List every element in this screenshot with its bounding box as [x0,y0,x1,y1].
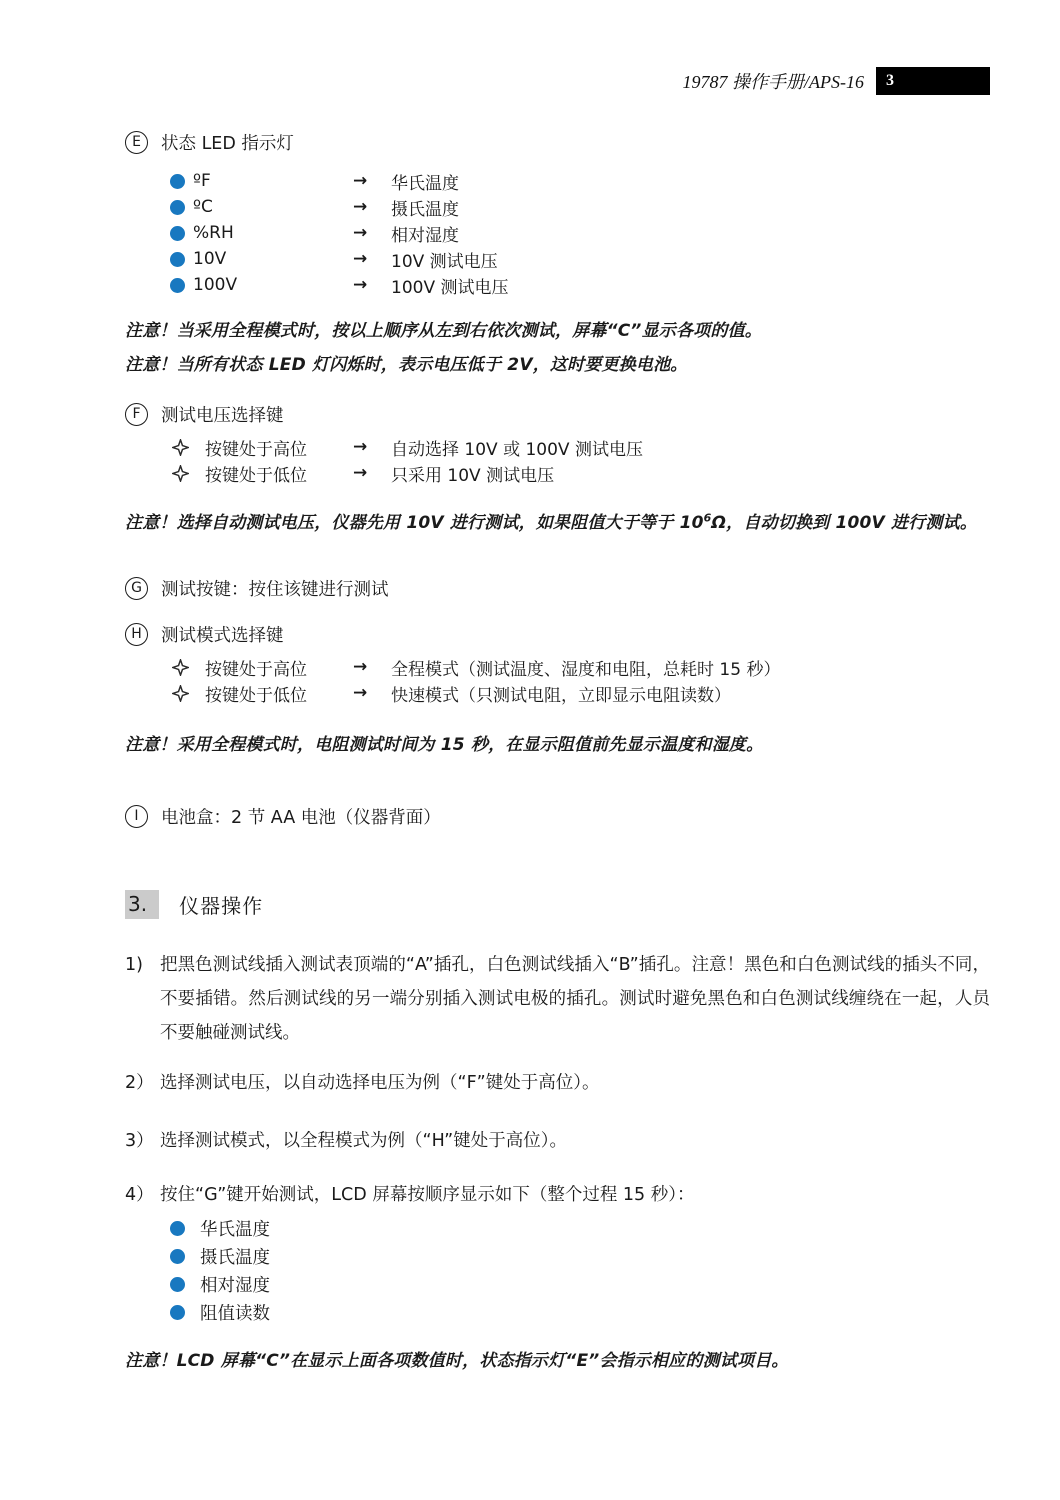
led-description: 华氏温度 [391,169,990,194]
step-text: 把黑色测试线插入测试表顶端的“A”插孔，白色测试线插入“B”插孔。注意！黑色和白… [160,948,990,1050]
final-note: 注意！LCD 屏幕“C”在显示上面各项数值时，状态指示灯“E”会指示相应的测试项… [125,1344,990,1378]
note-h: 注意！采用全程模式时，电阻测试时间为 15 秒，在显示阻值前先显示温度和湿度。 [125,728,990,762]
page-number: 3 [886,72,894,90]
step-text: 选择测试电压，以自动选择电压为例（“F”键处于高位）。 [160,1066,990,1100]
f-options: 按键处于高位 → 自动选择 10V 或 100V 测试电压 按键处于低位 → 只… [172,434,990,486]
note: 注意！选择自动测试电压，仪器先用 10V 进行测试，如果阻值大于等于 106Ω，… [125,506,990,540]
right-arrow-icon: → [353,197,391,217]
step-row: 1) 把黑色测试线插入测试表顶端的“A”插孔，白色测试线插入“B”插孔。注意！黑… [125,948,990,1050]
sequence-row: 相对湿度 [170,1270,990,1298]
step-number: 3） [125,1124,160,1158]
note-text: 注意！当采用全程模式时，按以上顺序从左到右依次测试，屏幕“C”显示各项的值。 [125,321,762,341]
note-text-post: Ω，自动切换到 100V 进行测试。 [712,513,978,533]
section-title: 仪器操作 [179,890,263,919]
item-g-title: 测试按键：按住该键进行测试 [161,576,389,601]
led-row: %RH → 相对湿度 [170,220,990,246]
manual-page: 19787 操作手册/APS-16 3 E 状态 LED 指示灯 ºF → 华氏… [0,0,1060,1500]
page-number-box: 3 [876,67,990,95]
option-description: 全程模式（测试温度、湿度和电阻，总耗时 15 秒） [391,655,990,680]
item-i-heading: I 电池盒：2 节 AA 电池（仪器背面） [125,802,990,830]
led-bullet-icon [170,1277,185,1292]
four-pointed-star-icon [172,465,205,482]
right-arrow-icon: → [353,463,391,483]
note-text: 注意！LCD 屏幕“C”在显示上面各项数值时，状态指示灯“E”会指示相应的测试项… [125,1344,990,1378]
led-label: %RH [193,223,353,243]
option-label: 按键处于高位 [205,655,353,680]
option-row: 按键处于高位 → 全程模式（测试温度、湿度和电阻，总耗时 15 秒） [172,654,990,680]
sequence-row: 华氏温度 [170,1214,990,1242]
step-row: 3） 选择测试模式，以全程模式为例（“H”键处于高位）。 [125,1124,990,1158]
led-description: 相对湿度 [391,221,990,246]
item-f-title: 测试电压选择键 [161,402,284,427]
led-bullet-icon [170,278,185,293]
led-description: 100V 测试电压 [391,273,990,298]
sequence-row: 阻值读数 [170,1298,990,1326]
sequence-row: 摄氏温度 [170,1242,990,1270]
section-3-heading: 3. 仪器操作 [125,888,990,920]
header-title: 19787 操作手册/APS-16 [683,68,865,94]
circled-i-icon: I [125,805,148,828]
right-arrow-icon: → [353,223,391,243]
led-description: 摄氏温度 [391,195,990,220]
option-description: 自动选择 10V 或 100V 测试电压 [391,435,990,460]
right-arrow-icon: → [353,657,391,677]
led-bullet-icon [170,226,185,241]
step-number: 1) [125,948,160,1050]
led-label: ºC [193,197,353,217]
four-pointed-star-icon [172,659,205,676]
four-pointed-star-icon [172,685,205,702]
sequence-text: 华氏温度 [200,1216,990,1241]
page-header: 19787 操作手册/APS-16 3 [125,66,990,96]
led-bullet-icon [170,1221,185,1236]
option-description: 快速模式（只测试电阻，立即显示电阻读数） [391,681,990,706]
item-g-heading: G 测试按键：按住该键进行测试 [125,574,990,602]
option-label: 按键处于高位 [205,435,353,460]
item-f-heading: F 测试电压选择键 [125,400,990,428]
right-arrow-icon: → [353,275,391,295]
right-arrow-icon: → [353,437,391,457]
right-arrow-icon: → [353,683,391,703]
circled-g-icon: G [125,577,148,600]
led-row: 10V → 10V 测试电压 [170,246,990,272]
item-e-heading: E 状态 LED 指示灯 [125,128,990,156]
note-text: 注意！采用全程模式时，电阻测试时间为 15 秒，在显示阻值前先显示温度和湿度。 [125,728,990,762]
item-e-title: 状态 LED 指示灯 [161,130,294,155]
step-text: 按住“G”键开始测试，LCD 屏幕按顺序显示如下（整个过程 15 秒）： [160,1178,990,1212]
display-sequence-list: 华氏温度 摄氏温度 相对湿度 阻值读数 [170,1214,990,1326]
note-text-pre: 注意！选择自动测试电压，仪器先用 10V 进行测试，如果阻值大于等于 10 [125,513,704,533]
section-number: 3. [125,890,159,919]
note: 注意！当采用全程模式时，按以上顺序从左到右依次测试，屏幕“C”显示各项的值。 [125,314,990,348]
item-h-title: 测试模式选择键 [161,622,284,647]
item-i-title: 电池盒：2 节 AA 电池（仪器背面） [161,804,441,829]
step-number: 4） [125,1178,160,1212]
led-bullet-icon [170,1249,185,1264]
led-row: ºF → 华氏温度 [170,168,990,194]
led-label: 100V [193,275,353,295]
step-row: 4） 按住“G”键开始测试，LCD 屏幕按顺序显示如下（整个过程 15 秒）： [125,1178,990,1212]
led-description: 10V 测试电压 [391,247,990,272]
option-row: 按键处于低位 → 只采用 10V 测试电压 [172,460,990,486]
led-bullet-icon [170,174,185,189]
option-description: 只采用 10V 测试电压 [391,461,990,486]
circled-h-icon: H [125,623,148,646]
four-pointed-star-icon [172,439,205,456]
item-h-heading: H 测试模式选择键 [125,620,990,648]
option-row: 按键处于低位 → 快速模式（只测试电阻，立即显示电阻读数） [172,680,990,706]
option-row: 按键处于高位 → 自动选择 10V 或 100V 测试电压 [172,434,990,460]
notes-e: 注意！当采用全程模式时，按以上顺序从左到右依次测试，屏幕“C”显示各项的值。注意… [125,314,990,382]
sequence-text: 摄氏温度 [200,1244,990,1269]
option-label: 按键处于低位 [205,681,353,706]
step-text: 选择测试模式，以全程模式为例（“H”键处于高位）。 [160,1124,990,1158]
note-superscript: 6 [704,511,712,524]
led-row: ºC → 摄氏温度 [170,194,990,220]
note-f: 注意！选择自动测试电压，仪器先用 10V 进行测试，如果阻值大于等于 106Ω，… [125,506,990,540]
led-row: 100V → 100V 测试电压 [170,272,990,298]
led-bullet-icon [170,252,185,267]
led-bullet-icon [170,200,185,215]
note: 注意！当所有状态 LED 灯闪烁时，表示电压低于 2V，这时要更换电池。 [125,348,990,382]
step-number: 2） [125,1066,160,1100]
led-list: ºF → 华氏温度 ºC → 摄氏温度 %RH → 相对湿度 10V → 10V… [170,168,990,298]
circled-f-icon: F [125,403,148,426]
led-label: 10V [193,249,353,269]
option-label: 按键处于低位 [205,461,353,486]
right-arrow-icon: → [353,249,391,269]
led-label: ºF [193,171,353,191]
right-arrow-icon: → [353,171,391,191]
step-row: 2） 选择测试电压，以自动选择电压为例（“F”键处于高位）。 [125,1066,990,1100]
sequence-text: 相对湿度 [200,1272,990,1297]
led-bullet-icon [170,1305,185,1320]
circled-e-icon: E [125,131,148,154]
h-options: 按键处于高位 → 全程模式（测试温度、湿度和电阻，总耗时 15 秒） 按键处于低… [172,654,990,706]
note-text: 注意！当所有状态 LED 灯闪烁时，表示电压低于 2V，这时要更换电池。 [125,355,688,375]
sequence-text: 阻值读数 [200,1300,990,1325]
operation-steps: 1) 把黑色测试线插入测试表顶端的“A”插孔，白色测试线插入“B”插孔。注意！黑… [125,948,990,1212]
